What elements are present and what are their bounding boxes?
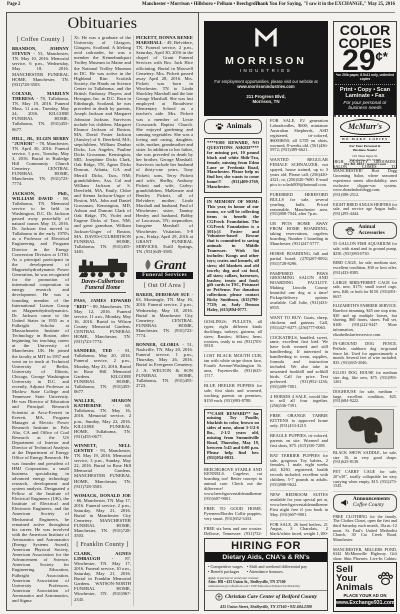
classified-list-a1: GOSLINGS; PULLETS, all types; eight diff… <box>204 320 262 407</box>
classified-ad: PAMPERED PAWS GROOMING SALON AND BOARDIN… <box>270 272 328 314</box>
copies-services-block: *on 20lb paper, 8.5x11 only, unlimited c… <box>334 72 396 115</box>
classified-ad: NEW BEDROOM SUITES available for your sp… <box>270 493 328 521</box>
classified-list-r2: 55 GALLON FISH AQUARIUM for sale, with s… <box>333 242 397 407</box>
paw-icon <box>377 570 394 587</box>
cents-symbol: ¢* <box>376 50 388 63</box>
obituaries-column-3: PICKETT, DONNA RENEE MARSHALL - 49, Belv… <box>133 35 195 606</box>
daves-culbertson-ad: Daves-Culbertson Funeral Home <box>74 258 131 293</box>
morrison-address: 211 Progress Blvd, Morrison, TN <box>204 94 328 105</box>
animals-section-header: Animals <box>204 119 262 134</box>
classified-ad: EIGHT BRED ANGUS HEIFERS for sale, and s… <box>333 203 397 220</box>
grant-ad-sub: Funeral Services <box>136 272 193 279</box>
grant-funeral-services-ad: Grant Funeral Services <box>136 258 193 279</box>
classified-ad: GOSLINGS; PULLETS, all types; eight diff… <box>204 320 262 352</box>
classified-ad: HIGH QUALITY GROOMING SALON COMES TO MAN… <box>333 160 397 201</box>
classified-list-r4: FREE CLOTHING for the family. The Clothe… <box>333 515 397 560</box>
services-line1: Print • Copy • Scan <box>335 87 395 94</box>
divider <box>231 602 301 603</box>
obituary-list-col3: PICKETT, DONNA RENEE MARSHALL - 49, Belv… <box>136 35 193 254</box>
classifieds-column-a: Animals ****$100 REWARD, NO QUESTIONS AS… <box>204 119 262 536</box>
paw-icon <box>215 122 224 131</box>
classified-ad: PET CARRY CAGE for sale, 20"x30", totall… <box>333 470 397 492</box>
copies-tagline: For your personal or business needs <box>335 101 395 112</box>
morrison-url: www.morrisonindustries.com <box>204 84 328 89</box>
classified-ad: PUREBRED HEREFORD BULLS for sale, severa… <box>270 193 328 221</box>
obituary-entry: WOMACK, DONALD JOE - 66, Manchester, TN.… <box>74 493 131 539</box>
services-line2: Laminate • Fax <box>335 93 395 100</box>
christian-care-logo: Christian Care Center of Bedford County <box>205 590 327 601</box>
benefit-item: Benefit packages <box>208 569 243 574</box>
classifieds-animals-section: Animals ****$100 REWARD, NO QUESTIONS AS… <box>204 119 328 536</box>
classified-ad: 4 HORSES 4 SALE, would like to sell all … <box>270 395 328 413</box>
classified-ad: BEAGLE PUPPIES, tri-colored, parents on … <box>270 434 328 452</box>
hiring-subtitle: Dietary Aids, CNA's & RN's <box>205 552 327 562</box>
classified-ad: IN-GROUND DOG FENCE, PetSafe, stubborn d… <box>333 342 397 369</box>
daves-ad-line2: Funeral Home <box>74 285 131 291</box>
saddle-photo <box>336 409 394 449</box>
reward-ad: ****$100 REWARD, NO QUESTIONS ASKED**** … <box>204 138 262 193</box>
classified-ad: FREE CLOTHING for the family. The Clothe… <box>333 515 397 546</box>
hiring-benefits: Competitive wagesBenefit packages Shift … <box>205 562 327 575</box>
classified-list-b: FOR SALE, F2 generation Labradoodles, $6… <box>270 119 328 536</box>
obituary-continuation: Xi. He was a graduate of the University … <box>74 35 131 254</box>
classified-ad: ELIZABETH'S FARRIER SERVICE. Barefoot tr… <box>333 304 397 340</box>
obituary-entry: BAKER, DEBORAH SUE - 63, Monteagle, TN. … <box>136 292 193 338</box>
animal-accessories-header: Animal Accessories <box>333 222 397 240</box>
obituaries-section: Obituaries [ Coffee County ] BRANDON, JO… <box>6 12 199 611</box>
page-number: Page 2 <box>7 2 20 7</box>
obituary-entry: HILL, JR., ELGIN BERRY "JUNIOR" - 78, Ma… <box>12 136 69 187</box>
announcements-sub: Coffee County <box>353 502 384 508</box>
mcmurrs-slogan: WE MAKE COPIES <box>340 136 390 143</box>
masthead-cities: Manchester • Morrison • Hillsboro • Pelh… <box>142 2 260 7</box>
obituary-entry: WALLER, SHARON KATHERINE - 68, Tullahoma… <box>74 398 131 439</box>
obituary-entry: SANDERS, TED - 81, Tullahoma, May 20, 20… <box>74 348 131 394</box>
classified-ad: COCKATIELS, handfed, sweet, tame, excell… <box>270 336 328 393</box>
classified-list-r1: HIGH QUALITY GROOMING SALON COMES TO MAN… <box>333 160 397 220</box>
obituary-list-col3b: BAKER, DEBORAH SUE - 63, Monteagle, TN. … <box>136 292 193 388</box>
obituary-entry: WINNETT, NELL GENTRY - 93, Manchester, T… <box>74 443 131 489</box>
classified-ad: WANTED REGULAR FEMALE SCHNAUZER, not spa… <box>270 158 328 190</box>
org-name: Christian Care Center of Bedford County <box>225 594 317 600</box>
classified-list-a2: BEECHGROVE STABLE AND KENNELS. Cageless … <box>204 468 262 536</box>
saddle-image <box>341 413 389 445</box>
obituary-entry: JACKSON, PhD., WILLIAM DAVID - 88, Tulla… <box>12 191 69 604</box>
paw-icon <box>345 226 355 236</box>
morrison-logo-icon <box>253 28 279 48</box>
obituaries-column-1: [ Coffee County ] BRANDON, JOHNNY STEVEN… <box>10 35 71 606</box>
hiring-ad: HIRING FOR Dietary Aids, CNA's & RN's Co… <box>204 538 328 611</box>
sell-your-animals-ad: Sell Your Animals PLACE YOUR AD ON www.E… <box>333 562 397 612</box>
obituaries-columns: [ Coffee County ] BRANDON, JOHNNY STEVEN… <box>10 35 195 606</box>
county-header-coffee: [ Coffee County ] <box>12 38 69 43</box>
county-header-franklin: [ Franklin County ] <box>74 543 131 548</box>
announcements-header: Announcements Coffee County <box>333 494 397 512</box>
morrison-name: MORRISON <box>204 55 328 67</box>
obituary-entry: COLYAR, MARILYN THERESA - 78, Tullahoma,… <box>12 91 69 132</box>
classified-ad: LARGE BIRD/FERRET CAGE for sale, new, $1… <box>333 281 397 303</box>
classified-list-r3: BLACK SHOW SADDLE, for sale, size 16, in… <box>333 451 397 492</box>
obituary-list-col1: BRANDON, JOHNNY STEVEN - 53, Manchester,… <box>12 46 69 603</box>
classified-ad: BEECHGROVE STABLE AND KENNELS. Cageless … <box>204 468 262 505</box>
classified-ad: FREE ORANGE TABBIE KITTENS to approved h… <box>270 414 328 432</box>
right-classifieds-column: HIGH QUALITY GROOMING SALON COMES TO MAN… <box>333 160 397 560</box>
obituary-entry: PASS, JAMES EDWARD "RED" - 89, Mancheste… <box>74 298 131 344</box>
obituaries-title: Obituaries <box>10 15 195 33</box>
benefit-item: Attendance bonuses. <box>247 569 307 574</box>
obituary-entry: BRANDON, JOHNNY STEVEN - 53, Manchester,… <box>12 46 69 87</box>
classified-ad: BIRD CAGE, for sale, medium size, excell… <box>333 261 397 278</box>
animals-header-label: Animals <box>227 124 252 129</box>
divider <box>80 292 126 293</box>
cash-reward-ad: **CASH REWARD** for missing Toy Poodle, … <box>204 409 262 464</box>
classified-ad: HORSE BOARDING, full and partial board. … <box>270 252 328 270</box>
grant-ad-name: Grant <box>154 258 186 271</box>
accessories-line2: Accessories <box>358 230 384 236</box>
locomotive-icon <box>78 258 128 278</box>
morrison-industries-ad: MORRISON INDUSTRIES For employment oppor… <box>204 21 328 116</box>
classified-ad: RAT TERRIER PUPPIES for sale, gorgeous T… <box>270 454 328 491</box>
classified-ad: MANCHESTER, MILLERS POND, 6342 McMinnvil… <box>333 548 397 560</box>
masthead-tagline: Thank You For Saying, "I saw it in the E… <box>255 2 395 7</box>
classified-ad: FOR SALE, 26 bred heifers, 21 Angus, 3 C… <box>270 523 328 536</box>
leaf-icon <box>143 259 153 271</box>
color-copies-ad: COLOR COPIES 29¢* *on 20lb paper, 8.5x11… <box>333 21 397 169</box>
classified-ad: BLACK SHOW SADDLE, for sale, size 16, in… <box>333 451 397 468</box>
sell-ad-place-line: PLACE YOUR AD ON <box>336 593 394 598</box>
county-header-out-of-area: [ Out Of Area ] <box>136 284 193 289</box>
obituary-list-col2b: CLARK, AGNES LIMBAUGH - 87, Winchester, … <box>74 551 131 602</box>
sell-ad-url: www.Exchange931.com <box>336 599 394 607</box>
obituary-entry: BONNER, GLORIA - 51, Nashville, TN. May … <box>136 342 193 388</box>
in-memory-ad: IN MEMORY OF MOM: This year, in honor of… <box>204 197 262 316</box>
cross-circle-icon <box>215 593 223 601</box>
benefits-left: Competitive wagesBenefit packages <box>208 564 243 574</box>
mcmurrs-logo: McMurr's <box>340 119 390 135</box>
benefits-right: Shift and weekend differential payAttend… <box>247 564 307 574</box>
classified-ad: UR PETS HOME AWAY FROM HOME BOARDING, ta… <box>270 222 328 250</box>
hiring-footer: 435 Union Street, Shelbyville, TN 37160 … <box>205 604 327 609</box>
classified-ad: FREE TO GOOD HOME, Pyrenees/Border Colli… <box>204 507 262 525</box>
classified-ad: DOGHOUSE for sale, medium - large, excel… <box>333 390 397 407</box>
copies-footnote: *on 20lb paper, 8.5x11 only, unlimited c… <box>335 74 395 85</box>
classified-ad: LOST BLACK MOUTH CUR, tan with white str… <box>204 354 262 382</box>
classified-ad: 55 GALLON FISH AQUARIUM for sale, with s… <box>333 242 397 259</box>
obituaries-column-2: Xi. He was a graduate of the University … <box>71 35 133 606</box>
obituary-list-col2: PASS, JAMES EDWARD "RED" - 89, Mancheste… <box>74 298 131 538</box>
copies-price: 29¢* <box>334 49 396 72</box>
eoe-line: administrator@ccofbedford.com • EOE/Mino… <box>205 584 327 588</box>
morrison-sub: INDUSTRIES <box>204 68 328 73</box>
classified-ad: WANT TO BUY: Goats, sheep, chickens and … <box>270 316 328 334</box>
classifieds-column-b: FOR SALE, F2 generation Labradoodles, $6… <box>266 119 328 536</box>
sell-ad-words: Sell Your Animals <box>336 565 373 592</box>
classified-ad: BLUE HEELER PUPPIES for sale, first shot… <box>204 384 262 407</box>
megaphone-icon <box>340 498 350 507</box>
obituary-entry: CLARK, AGNES LIMBAUGH - 87, Winchester, … <box>74 551 131 602</box>
hiring-title: HIRING FOR <box>205 540 327 552</box>
classified-ad: FOR SALE, F2 generation Labradoodles, $6… <box>270 119 328 156</box>
classified-ad: IGLOO DOG HOUSE for medium size dog, lik… <box>333 371 397 388</box>
obituary-entry: PICKETT, DONNA RENEE MARSHALL - 49, Belv… <box>136 35 193 254</box>
classified-ad: FREE six hens and one rooster. Dellrose,… <box>204 527 262 536</box>
